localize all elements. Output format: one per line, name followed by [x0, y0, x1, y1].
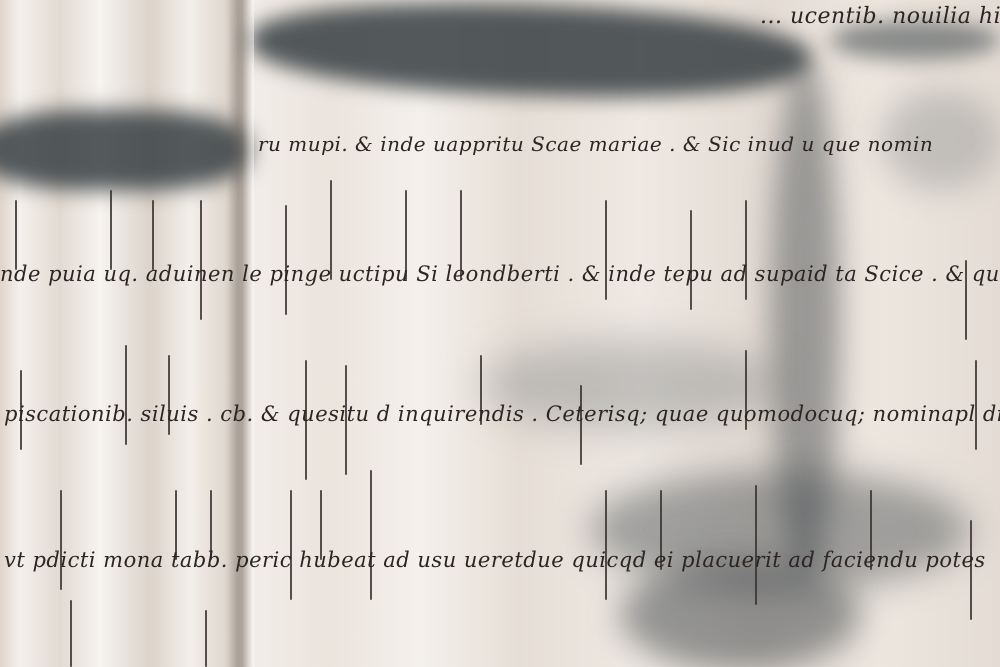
ascender-stroke [205, 610, 207, 667]
ascender-stroke [370, 470, 372, 600]
ascender-stroke [755, 485, 757, 605]
manuscript-line-4: vt pdicti mona tabb. peric hubeat ad usu… [4, 548, 986, 572]
ascender-stroke [690, 210, 692, 310]
ascender-stroke [200, 200, 202, 320]
manuscript-line-1: ru mupi. & inde uappritu Scae mariae . &… [258, 132, 933, 156]
stain-band-left [0, 110, 250, 190]
ascender-stroke [285, 205, 287, 315]
ascender-stroke [15, 200, 17, 270]
ascender-stroke [290, 490, 292, 600]
stain-bottom [620, 560, 860, 667]
ascender-stroke [152, 200, 154, 270]
stain-band-top [249, 0, 812, 105]
manuscript-line-3: piscationib. siluis . cb. & quesitu d in… [4, 402, 1000, 426]
ascender-stroke [125, 345, 127, 445]
ascender-stroke [60, 490, 62, 590]
ascender-stroke [70, 600, 72, 667]
manuscript-line-0: ... ucentib. nouilia his nomin [760, 4, 1000, 29]
manuscript-line-2: nde puia uq. aduinen le pinge uctipu Si … [0, 262, 1000, 286]
manuscript-photo: ... ucentib. nouilia his nomin ru mupi. … [0, 0, 1000, 667]
stain-lower-right [590, 470, 970, 590]
ascender-stroke [605, 490, 607, 600]
ascender-stroke [110, 190, 112, 270]
